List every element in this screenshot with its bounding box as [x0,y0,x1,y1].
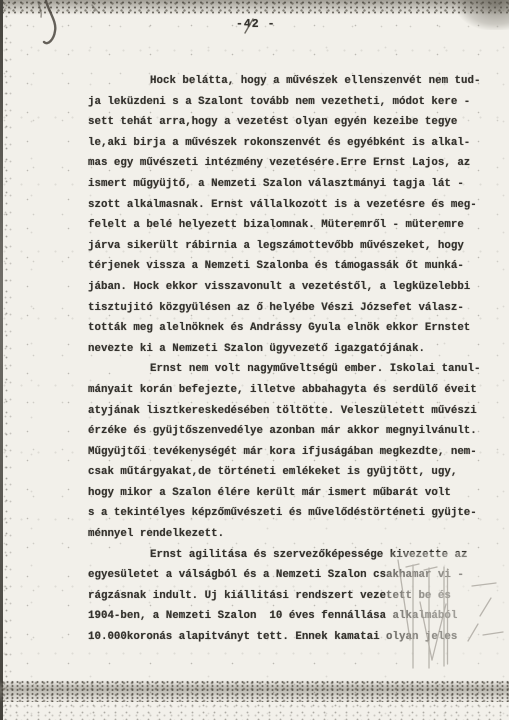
scan-dust-left [3,0,12,720]
document-line: Ernst nem volt nagyműveltségü ember. Isk… [88,359,493,380]
document-line: ismert műgyüjtő, a Nemzeti Szalon válasz… [88,174,493,195]
document-line: járva sikerült rábirnia a legszámottevőb… [88,236,493,257]
document-line: ja leküzdeni s a Szalont tovább nem veze… [88,92,493,113]
document-line: Hock belátta, hogy a művészek ellenszenv… [88,71,493,92]
document-line: jában. Hock ekkor visszavonult a vezetés… [88,277,493,298]
document-line: mányait korán befejezte, illetve abbahag… [88,380,493,401]
document-line: ménnyel rendelkezett. [88,524,493,545]
scan-smudge-top-right [457,0,509,30]
scan-dark-edge-left [0,0,3,720]
scanned-document-page: { "page": { "number_label": "-42 -" }, "… [0,0,509,720]
scan-dust-bottom [0,702,509,720]
document-line: szott alkalmasnak. Ernst vállalkozott is… [88,195,493,216]
document-line: Műgyüjtői tevékenységét már kora ifjuság… [88,442,493,463]
document-line: tották meg alelnöknek és Andrássy Gyula … [88,318,493,339]
scan-noise-band-bottom [0,680,509,702]
document-line: csak műtárgyakat,de történeti emlékeket … [88,462,493,483]
document-line: s a tekintélyes képzőművészeti és művelő… [88,503,493,524]
document-line: rágzásnak indult. Uj kiállitási rendszer… [88,586,493,607]
scan-noise-band-top [0,0,509,15]
document-line: Ernst agilitása és szervezőképessége kiv… [88,545,493,566]
document-line: felelt a belé helyezett bizalomnak. Müte… [88,215,493,236]
document-line: sett tehát arra,hogy a vezetést olyan eg… [88,112,493,133]
document-line: térjenek vissza a Nemzeti Szalonba és tá… [88,256,493,277]
document-line: le,aki birja a művészek rokonszenvét és … [88,133,493,154]
document-line: hogy mikor a Szalon élére került már ism… [88,483,493,504]
document-line: mas egy művészeti intézmény vezetésére.E… [88,153,493,174]
document-line: atyjának lisztkereskedésében töltötte. V… [88,401,493,422]
document-line: 10.000koronás alapitványt tett. Ennek ka… [88,627,493,648]
document-line: 1904-ben, a Nemzeti Szalon 10 éves fenná… [88,606,493,627]
document-body: Hock belátta, hogy a művészek ellenszenv… [88,71,493,648]
document-line: érzéke és gyüjtőszenvedélye azonban már … [88,421,493,442]
document-line: tisztujitó közgyülésen az ő helyébe Vész… [88,298,493,319]
document-line: nevezte ki a Nemzeti Szalon ügyvezető ig… [88,339,493,360]
page-number: -42 - [236,18,276,31]
document-line: egyesületet a válságból és a Nemzeti Sza… [88,565,493,586]
